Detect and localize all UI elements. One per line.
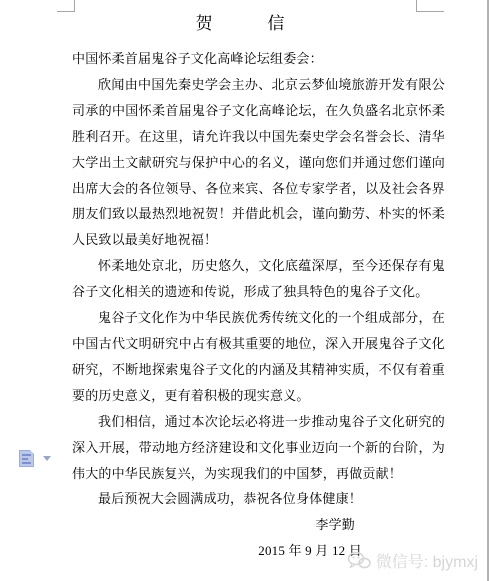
word-document-page: 贺 信 中国怀柔首届鬼谷子文化高峰论坛组委会： 欣闻由中国先秦史学会主办、北京云… bbox=[0, 0, 490, 581]
body-paragraph: 欣闻由中国先秦史学会主办、北京云梦仙境旅游开发有限公司承的中国怀柔首届鬼谷子文化… bbox=[72, 72, 445, 253]
dropdown-arrow-icon[interactable] bbox=[43, 456, 51, 461]
wechat-watermark: 微信号: bjymxj bbox=[347, 549, 478, 572]
body-paragraph: 鬼谷子文化作为中华民族优秀传统文化的一个组成部分，在中国古代文明研究中占有极其重… bbox=[72, 305, 445, 409]
document-text-area[interactable]: 贺 信 中国怀柔首届鬼谷子文化高峰论坛组委会： 欣闻由中国先秦史学会主办、北京云… bbox=[72, 12, 445, 564]
page-edge-line bbox=[487, 0, 489, 581]
paste-options-icon bbox=[19, 450, 34, 467]
text-boundary-mark-top-left bbox=[57, 0, 75, 12]
document-title: 贺 信 bbox=[54, 12, 427, 36]
body-paragraph: 怀柔地处京北，历史悠久，文化底蕴深厚，至今还保存有鬼谷子文化相关的遗迹和传说，形… bbox=[72, 253, 445, 305]
body-paragraph: 最后预祝大会圆满成功，恭祝各位身体健康！ bbox=[72, 486, 445, 512]
paste-options-button[interactable] bbox=[18, 449, 52, 467]
text-boundary-mark-top-right bbox=[416, 0, 444, 12]
body-paragraph: 我们相信，通过本次论坛必将进一步推动鬼谷子文化研究的深入开展，带动地方经济建设和… bbox=[72, 409, 445, 487]
watermark-text: 微信号: bjymxj bbox=[376, 549, 478, 572]
signature: 李学勤 bbox=[72, 512, 445, 538]
salutation-line: 中国怀柔首届鬼谷子文化高峰论坛组委会： bbox=[72, 46, 445, 72]
wechat-icon bbox=[347, 551, 371, 570]
